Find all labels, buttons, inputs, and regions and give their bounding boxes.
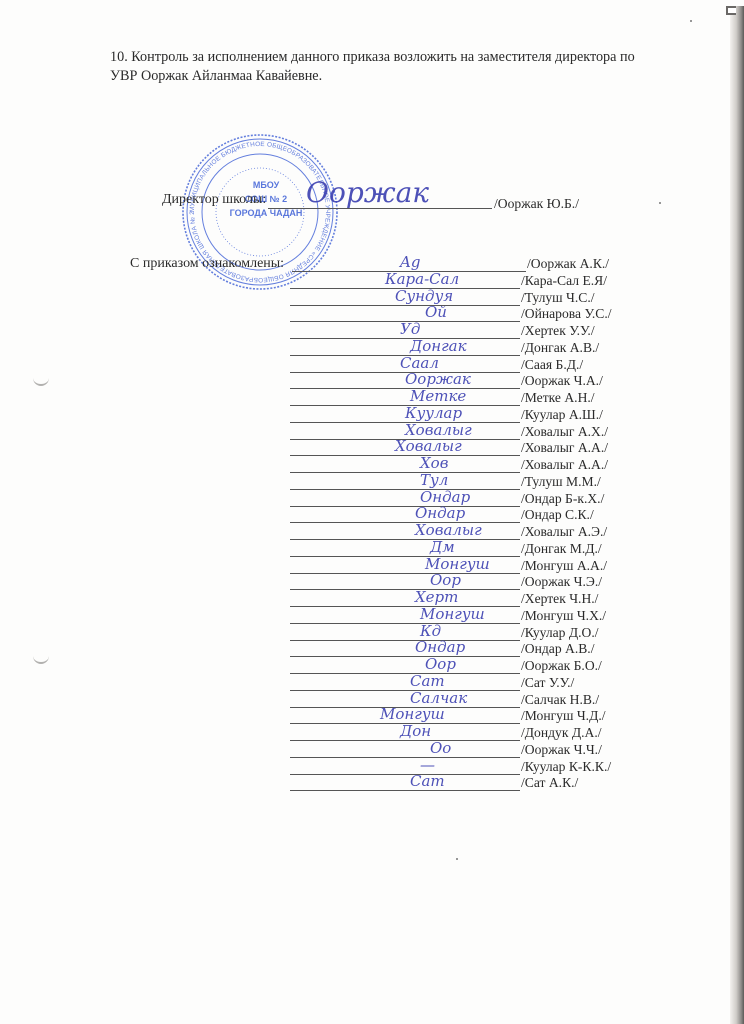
signature-line — [290, 790, 520, 791]
signature-line — [290, 388, 520, 389]
handwritten-signature: Ховалыг — [395, 437, 462, 455]
handwritten-signature: Херт — [415, 588, 458, 606]
signatory-name: /Ооржак Ч.Ч./ — [521, 742, 602, 758]
signatory-name: /Ховалыг А.Х./ — [521, 424, 608, 440]
signatory-name: /Монгуш А.А./ — [521, 558, 607, 574]
handwritten-signature: Сундуя — [395, 287, 453, 305]
speck — [690, 20, 692, 22]
signatory-name: /Куулар Д.О./ — [521, 625, 599, 641]
signature-line — [290, 522, 520, 523]
signatory-name: /Куулар К-К.К./ — [521, 759, 611, 775]
signatory-name: /Монгуш Ч.Х./ — [521, 608, 606, 624]
handwritten-signature: Хов — [420, 454, 448, 472]
handwritten-signature: Оор — [425, 655, 456, 673]
handwritten-signature: Ондар — [420, 488, 470, 506]
signature-line — [290, 673, 520, 674]
signatory-name: /Ховалыг А.А./ — [521, 440, 608, 456]
signatory-name: /Ооржак А.К./ — [527, 256, 609, 272]
hole-punch-mark-top — [33, 376, 49, 386]
signatory-name: /Ховалыг А.А./ — [521, 457, 608, 473]
signatory-name: /Куулар А.Ш./ — [521, 407, 603, 423]
handwritten-signature: Кара-Сал — [385, 270, 459, 288]
signatory-name: /Ооржак Ч.Э./ — [521, 574, 602, 590]
handwritten-signature: Монгуш — [420, 605, 485, 623]
handwritten-signature: Саал — [400, 354, 439, 372]
svg-text:ГОРОДА ЧАДАН: ГОРОДА ЧАДАН — [230, 208, 303, 218]
signatory-name: /Ойнарова У.С./ — [521, 306, 612, 322]
paragraph-10-line-1: 10. Контроль за исполнением данного прик… — [110, 48, 635, 67]
handwritten-signature: Ондар — [415, 638, 465, 656]
signatory-name: /Сат У.У./ — [521, 675, 574, 691]
signatory-name: /Саая Б.Д./ — [521, 357, 583, 373]
signatory-name: /Тулуш Ч.С./ — [521, 290, 595, 306]
handwritten-signature: Ой — [425, 303, 447, 321]
signature-line — [290, 656, 520, 657]
director-signature: Ооржак — [306, 176, 429, 209]
signature-line — [290, 472, 520, 473]
handwritten-signature: Оор — [430, 571, 461, 589]
speck — [659, 202, 661, 204]
signatory-name: /Сат А.К./ — [521, 775, 578, 791]
handwritten-signature: Сат — [410, 672, 445, 690]
handwritten-signature: Донгак — [410, 337, 467, 355]
signatory-name: /Салчак Н.В./ — [521, 692, 599, 708]
signature-line — [290, 606, 520, 607]
handwritten-signature: Дм — [430, 538, 455, 556]
director-label: Директор школы: — [162, 192, 266, 208]
handwritten-signature: Салчак — [410, 689, 467, 707]
handwritten-signature: Монгуш — [380, 705, 445, 723]
speck — [456, 858, 458, 860]
director-name: /Ооржак Ю.Б./ — [494, 196, 579, 212]
signatory-name: /Ховалыг А.Э./ — [521, 524, 607, 540]
signatory-name: /Хертек У.У./ — [521, 323, 595, 339]
signatory-name: /Монгуш Ч.Д./ — [521, 708, 606, 724]
scan-edge-tab — [726, 6, 736, 15]
handwritten-signature: Оо — [430, 739, 451, 757]
signature-line — [290, 690, 520, 691]
paragraph-10-line-2: УВР Ооржак Айланмаа Кавайевне. — [110, 67, 322, 86]
signatory-name: /Ооржак Б.О./ — [521, 658, 602, 674]
signature-line — [290, 338, 520, 339]
signature-line — [290, 740, 520, 741]
svg-text:МБОУ: МБОУ — [253, 180, 280, 190]
handwritten-signature: Дон — [400, 722, 431, 740]
hole-punch-mark-bottom — [33, 654, 49, 664]
signatory-name: /Дондук Д.А./ — [521, 725, 602, 741]
handwritten-signature: Монгуш — [425, 555, 490, 573]
handwritten-signature: Метке — [410, 387, 466, 405]
signature-line — [290, 757, 520, 758]
signature-line — [290, 305, 520, 306]
signature-line — [290, 623, 520, 624]
handwritten-signature: Кд — [420, 622, 441, 640]
signatory-name: /Ондар А.В./ — [521, 641, 594, 657]
signature-line — [290, 539, 520, 540]
scanned-document-page: 10. Контроль за исполнением данного прик… — [0, 0, 744, 1024]
handwritten-signature: — — [420, 756, 435, 774]
signatory-name: /Тулуш М.М./ — [521, 474, 601, 490]
signatory-name: /Ооржак Ч.А./ — [521, 373, 603, 389]
handwritten-signature: Ондар — [415, 504, 465, 522]
signature-line — [290, 589, 520, 590]
signature-line — [290, 640, 520, 641]
handwritten-signature: Ооржак — [405, 370, 471, 388]
signatory-name: /Донгак А.В./ — [521, 340, 599, 356]
handwritten-signature: Ховалыг — [405, 421, 472, 439]
handwritten-signature: Ховалыг — [415, 521, 482, 539]
signatory-name: /Ондар Б-к.Х./ — [521, 491, 604, 507]
signature-line — [290, 455, 520, 456]
signature-line — [290, 489, 520, 490]
acknowledgement-label: С приказом ознакомлены: — [130, 256, 284, 272]
signature-line — [290, 573, 520, 574]
signature-line — [290, 506, 520, 507]
signatory-name: /Хертек Ч.Н./ — [521, 591, 598, 607]
scan-edge-shadow — [730, 6, 744, 1024]
handwritten-signature: Уд — [400, 320, 420, 338]
handwritten-signature: Тул — [420, 471, 448, 489]
signatory-name: /Кара-Сал Е.Я/ — [521, 273, 607, 289]
signatory-name: /Метке А.Н./ — [521, 390, 595, 406]
signature-line — [290, 774, 520, 775]
handwritten-signature: Куулар — [405, 404, 462, 422]
handwritten-signature: Сат — [410, 772, 445, 790]
handwritten-signature: Ag — [400, 253, 420, 271]
signatory-name: /Донгак М.Д./ — [521, 541, 602, 557]
signatory-name: /Ондар С.К./ — [521, 507, 594, 523]
